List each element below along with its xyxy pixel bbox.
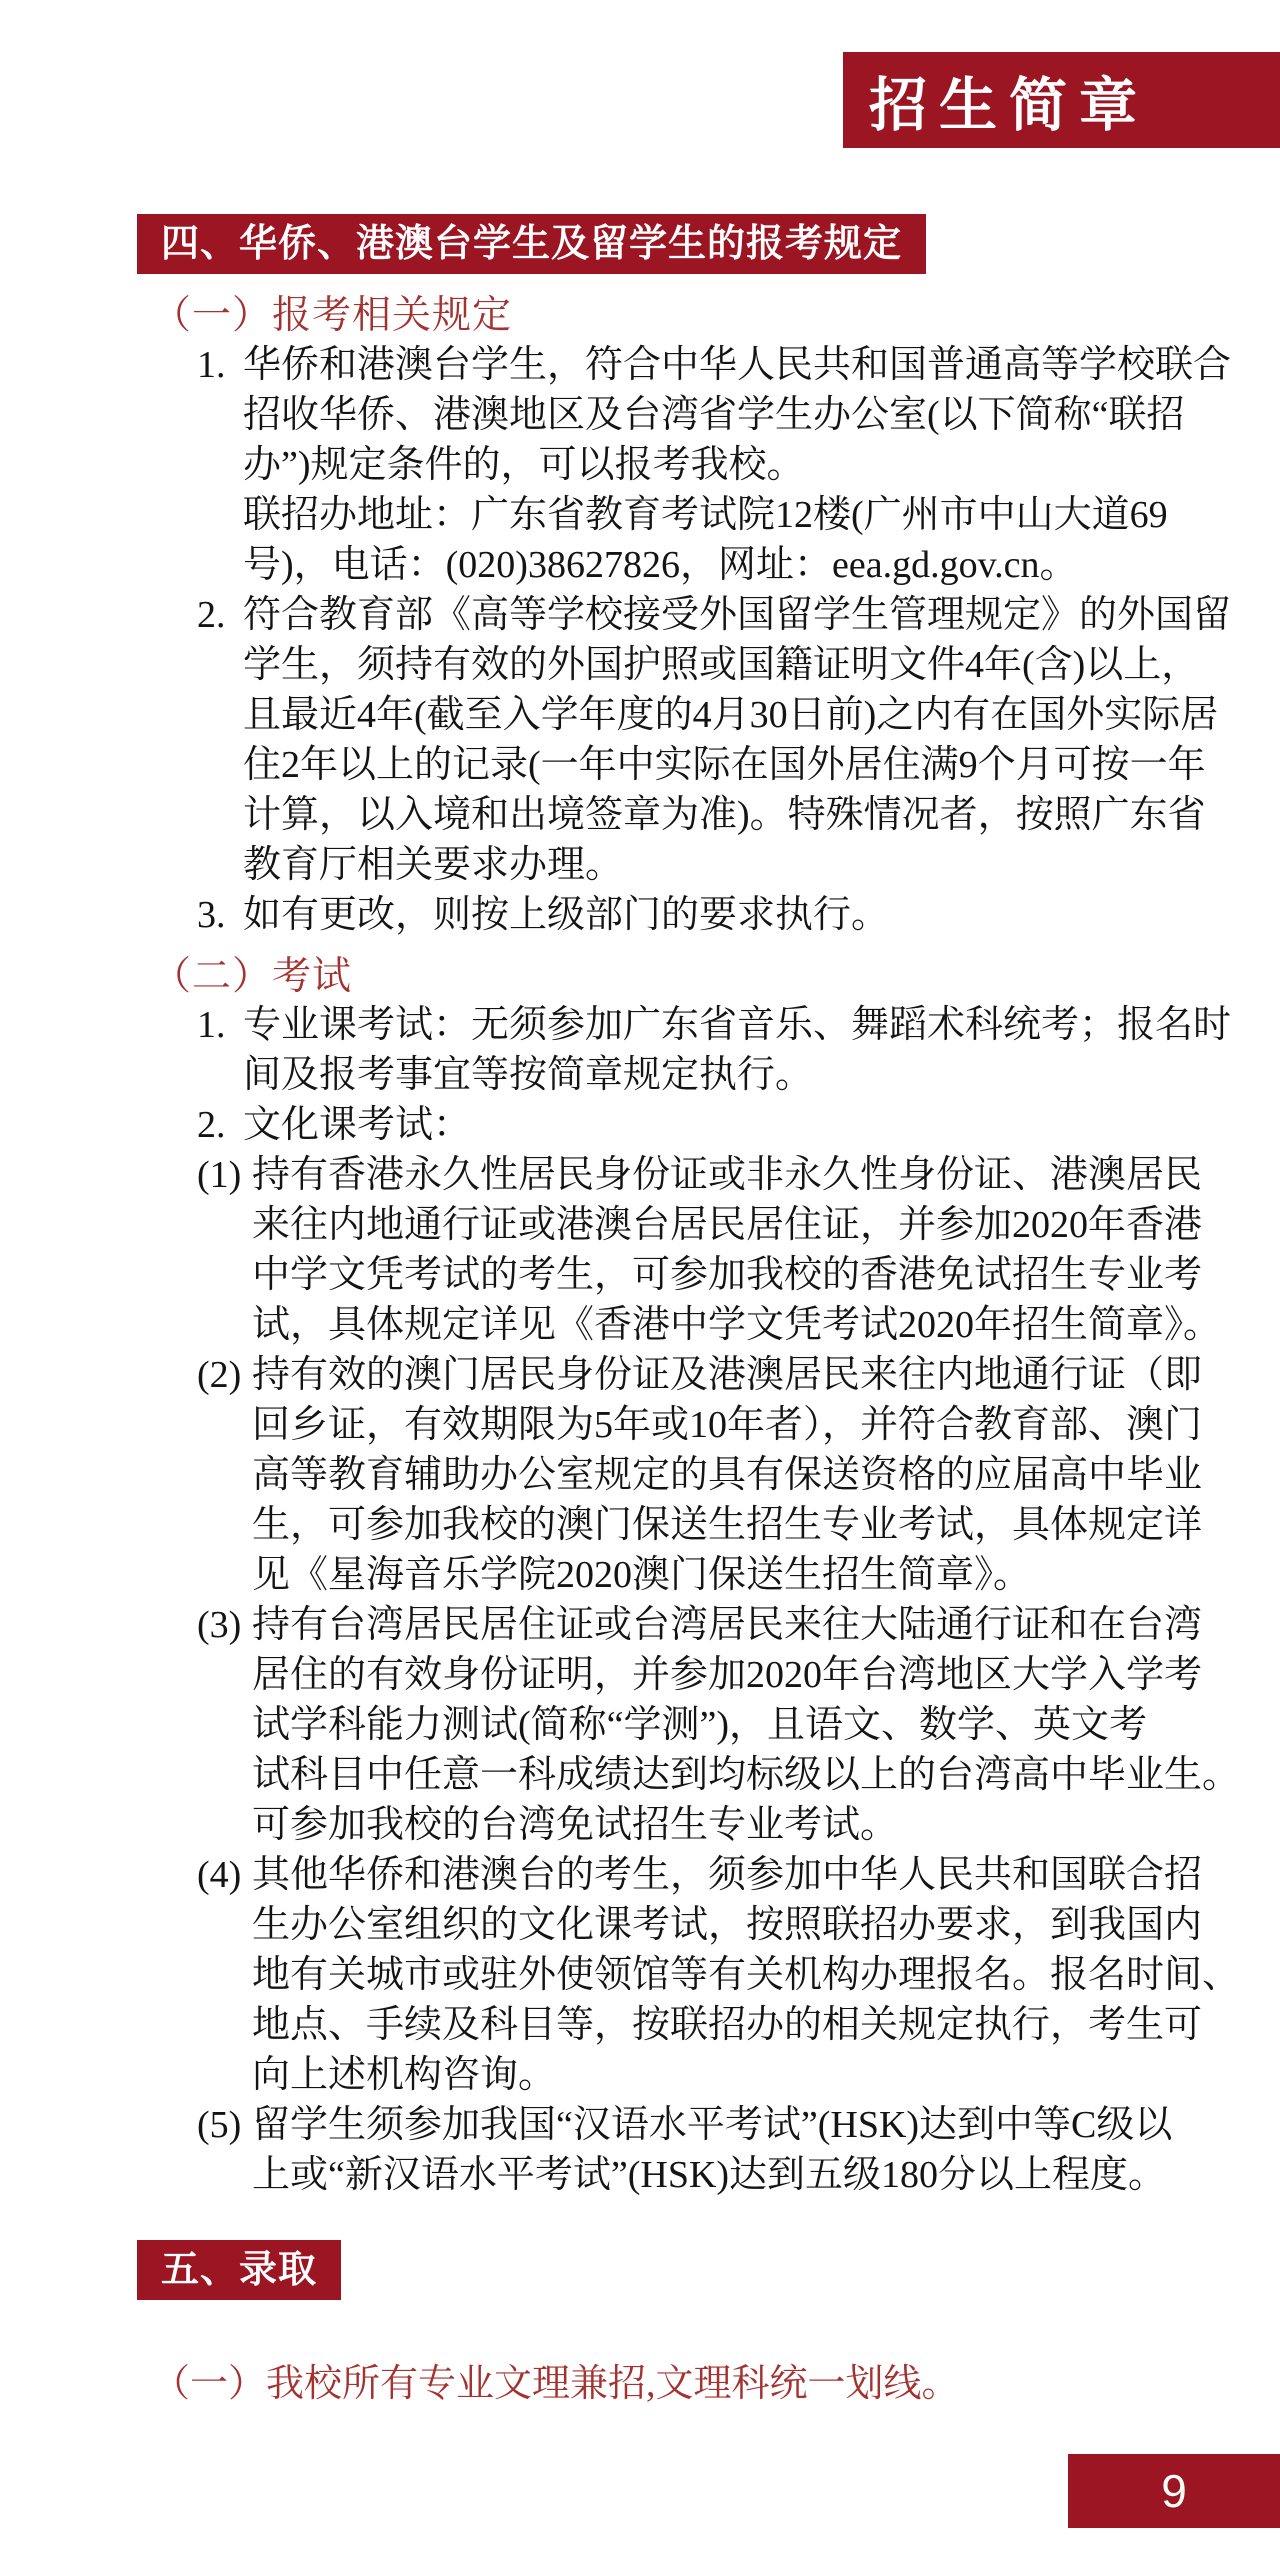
list-item: 2.符合教育部《高等学校接受外国留学生管理规定》的外国留学生，须持有效的外国护照… [197, 590, 1157, 890]
section-5-heading: 五、录取 [137, 2240, 341, 2300]
item-marker: (2) [197, 1350, 241, 1400]
text-line: 生，可参加我校的澳门保送生招生专业考试，具体规定详 [252, 1500, 1157, 1550]
text-line: 地有关城市或驻外使领馆等有关机构办理报名。报名时间、 [252, 1950, 1157, 2000]
text-line: 如有更改，则按上级部门的要求执行。 [243, 890, 1157, 940]
text-line: 专业课考试：无须参加广东省音乐、舞蹈术科统考；报名时 [243, 1000, 1157, 1050]
text-line: 留学生须参加我国“汉语水平考试”(HSK)达到中等C级以 [252, 2100, 1157, 2150]
page-header-banner: 招生简章 [843, 52, 1280, 148]
item-marker: (1) [197, 1150, 241, 1200]
text-line: 上或“新汉语水平考试”(HSK)达到五级180分以上程度。 [252, 2150, 1157, 2200]
text-line: 高等教育辅助办公室规定的具有保送资格的应届高中毕业 [252, 1450, 1157, 1500]
text-line: 联招办地址：广东省教育考试院12楼(广州市中山大道69 [243, 490, 1157, 540]
list-item: (3)持有台湾居民居住证或台湾居民来往大陆通行证和在台湾居住的有效身份证明，并参… [197, 1600, 1157, 1850]
text-line: 学生，须持有效的外国护照或国籍证明文件4年(含)以上， [243, 640, 1157, 690]
text-line: 中学文凭考试的考生，可参加我校的香港免试招生专业考 [252, 1250, 1157, 1300]
item-marker: 1. [197, 340, 226, 390]
list-item: (1)持有香港永久性居民身份证或非永久性身份证、港澳居民来往内地通行证或港澳台居… [197, 1150, 1157, 1350]
text-line: 其他华侨和港澳台的考生，须参加中华人民共和国联合招 [252, 1850, 1157, 1900]
item-marker: 3. [197, 890, 226, 940]
list-item: 2.文化课考试： [197, 1100, 1157, 1150]
subsection-2-title: （二）考试 [152, 945, 352, 1001]
text-line: 号)，电话：(020)38627826，网址：eea.gd.gov.cn。 [243, 540, 1157, 590]
text-line: 回乡证，有效期限为5年或10年者），并符合教育部、澳门 [252, 1400, 1157, 1450]
section-5-note: （一）我校所有专业文理兼招,文理科统一划线。 [152, 2352, 960, 2407]
text-line: 教育厅相关要求办理。 [243, 840, 1157, 890]
page-number: 9 [1161, 2464, 1187, 2518]
text-line: 持有台湾居民居住证或台湾居民来往大陆通行证和在台湾 [252, 1600, 1157, 1650]
text-line: 招收华侨、港澳地区及台湾省学生办公室(以下简称“联招 [243, 390, 1157, 440]
item-marker: 2. [197, 1100, 226, 1150]
list-item: 1.专业课考试：无须参加广东省音乐、舞蹈术科统考；报名时间及报考事宜等按简章规定… [197, 1000, 1157, 1100]
text-line: 地点、手续及科目等，按联招办的相关规定执行，考生可 [252, 2000, 1157, 2050]
text-line: 且最近4年(截至入学年度的4月30日前)之内有在国外实际居 [243, 690, 1157, 740]
item-marker: (5) [197, 2100, 241, 2150]
text-line: 向上述机构咨询。 [252, 2050, 1157, 2100]
text-line: 试学科能力测试(简称“学测”)，且语文、数学、英文考 [252, 1700, 1157, 1750]
text-line: 居住的有效身份证明，并参加2020年台湾地区大学入学考 [252, 1650, 1157, 1700]
text-line: 见《星海音乐学院2020澳门保送生招生简章》。 [252, 1550, 1157, 1600]
text-line: 生办公室组织的文化课考试，按照联招办要求，到我国内 [252, 1900, 1157, 1950]
list-item: 1.华侨和港澳台学生，符合中华人民共和国普通高等学校联合招收华侨、港澳地区及台湾… [197, 340, 1157, 590]
regulation-items-list: 1.华侨和港澳台学生，符合中华人民共和国普通高等学校联合招收华侨、港澳地区及台湾… [197, 340, 1157, 940]
subsection-1-title: （一）报考相关规定 [152, 284, 512, 340]
page-number-badge: 9 [1068, 2454, 1280, 2528]
text-line: 试，具体规定详见《香港中学文凭考试2020年招生简章》。 [252, 1300, 1157, 1350]
text-line: 办”)规定条件的，可以报考我校。 [243, 440, 1157, 490]
item-marker: 2. [197, 590, 226, 640]
text-line: 试科目中任意一科成绩达到均标级以上的台湾高中毕业生。 [252, 1750, 1157, 1800]
list-item: (2)持有效的澳门居民身份证及港澳居民来往内地通行证（即回乡证，有效期限为5年或… [197, 1350, 1157, 1600]
text-line: 符合教育部《高等学校接受外国留学生管理规定》的外国留 [243, 590, 1157, 640]
list-item: 3.如有更改，则按上级部门的要求执行。 [197, 890, 1157, 940]
text-line: 间及报考事宜等按简章规定执行。 [243, 1050, 1157, 1100]
item-marker: (3) [197, 1600, 241, 1650]
text-line: 华侨和港澳台学生，符合中华人民共和国普通高等学校联合 [243, 340, 1157, 390]
list-item: (4)其他华侨和港澳台的考生，须参加中华人民共和国联合招生办公室组织的文化课考试… [197, 1850, 1157, 2100]
list-item: (5)留学生须参加我国“汉语水平考试”(HSK)达到中等C级以上或“新汉语水平考… [197, 2100, 1157, 2200]
text-line: 计算，以入境和出境签章为准)。特殊情况者，按照广东省 [243, 790, 1157, 840]
item-marker: (4) [197, 1850, 241, 1900]
text-line: 持有香港永久性居民身份证或非永久性身份证、港澳居民 [252, 1150, 1157, 1200]
item-marker: 1. [197, 1000, 226, 1050]
text-line: 文化课考试： [243, 1100, 1157, 1150]
text-line: 住2年以上的记录(一年中实际在国外居住满9个月可按一年 [243, 740, 1157, 790]
document-page: 招生简章 四、华侨、港澳台学生及留学生的报考规定 （一）报考相关规定 1.华侨和… [0, 0, 1280, 2559]
text-line: 可参加我校的台湾免试招生专业考试。 [252, 1800, 1157, 1850]
exam-items-list: 1.专业课考试：无须参加广东省音乐、舞蹈术科统考；报名时间及报考事宜等按简章规定… [197, 1000, 1157, 2200]
text-line: 持有效的澳门居民身份证及港澳居民来往内地通行证（即 [252, 1350, 1157, 1400]
text-line: 来往内地通行证或港澳台居民居住证，并参加2020年香港 [252, 1200, 1157, 1250]
section-4-heading: 四、华侨、港澳台学生及留学生的报考规定 [137, 214, 926, 274]
